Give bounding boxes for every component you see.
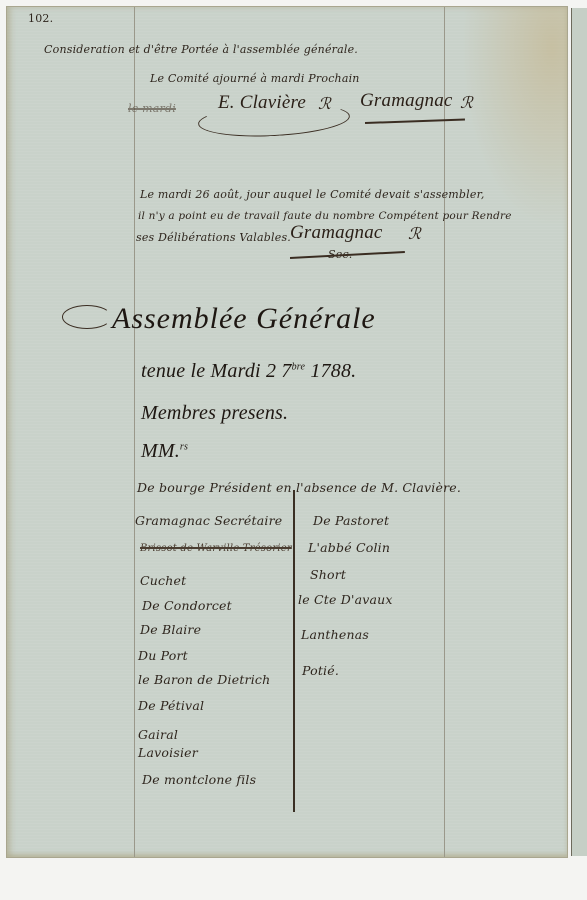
messieurs-label: MM.rs: [141, 440, 188, 463]
title-flourish: [62, 305, 112, 329]
member-left: De Blaire: [140, 622, 201, 637]
member-left: Du Port: [138, 648, 188, 663]
member-right: Lanthenas: [301, 627, 369, 642]
column-divider: [293, 490, 295, 812]
date-month-sup: bre: [292, 361, 306, 372]
messieurs-sup: rs: [180, 441, 188, 452]
member-left: Gairal: [138, 727, 178, 742]
member-left: Cuchet: [140, 573, 186, 588]
text-line: Le Comité ajourné à mardi Prochain: [150, 72, 360, 85]
date-month: 7: [281, 360, 291, 382]
signature-gramagnac: Gramagnac: [360, 90, 453, 112]
member-right: L'abbé Colin: [308, 540, 390, 555]
president-line: De bourge Président en l'absence de M. C…: [137, 480, 461, 495]
paraph-mark: ℛ: [318, 94, 331, 114]
member-left: le Baron de Dietrich: [138, 672, 270, 687]
assembly-title: Assemblée Générale: [112, 302, 376, 336]
page-number: 102.: [28, 12, 53, 25]
text-line: il n'y a point eu de travail faute du no…: [138, 210, 512, 222]
left-margin-rule: [134, 7, 135, 857]
member-left: Gramagnac Secrétaire: [135, 513, 282, 528]
member-left-struck: Brissot de Warville Trésorier: [140, 543, 292, 554]
assembly-date: tenue le Mardi 2 7bre 1788.: [141, 360, 356, 383]
right-margin-rule: [444, 7, 445, 857]
text-line: Le mardi 26 août, jour auquel le Comité …: [140, 188, 485, 201]
member-right: le Cte D'avaux: [298, 592, 393, 607]
text-line: Consideration et d'être Portée à l'assem…: [44, 43, 358, 56]
members-present-label: Membres presens.: [141, 402, 288, 425]
text-line: ses Délibérations Valables.: [136, 231, 291, 244]
date-year: 1788.: [310, 360, 356, 382]
member-right: De Pastoret: [313, 513, 389, 528]
member-left: Lavoisier: [138, 745, 198, 760]
signature-gramagnac-2: Gramagnac: [290, 222, 383, 244]
member-left: De Condorcet: [142, 598, 232, 613]
messieurs-text: MM.: [141, 440, 180, 462]
adjacent-page-edge: [571, 8, 587, 856]
paraph-mark: ℛ: [460, 93, 473, 113]
paraph-mark: ℛ: [408, 224, 421, 244]
member-right: Potié.: [302, 663, 339, 678]
date-prefix: tenue le Mardi 2: [141, 360, 276, 382]
struck-text: le mardi: [128, 102, 176, 115]
member-left: De montclone fils: [142, 772, 256, 787]
member-left: De Pétival: [138, 698, 204, 713]
member-right: Short: [310, 567, 346, 582]
